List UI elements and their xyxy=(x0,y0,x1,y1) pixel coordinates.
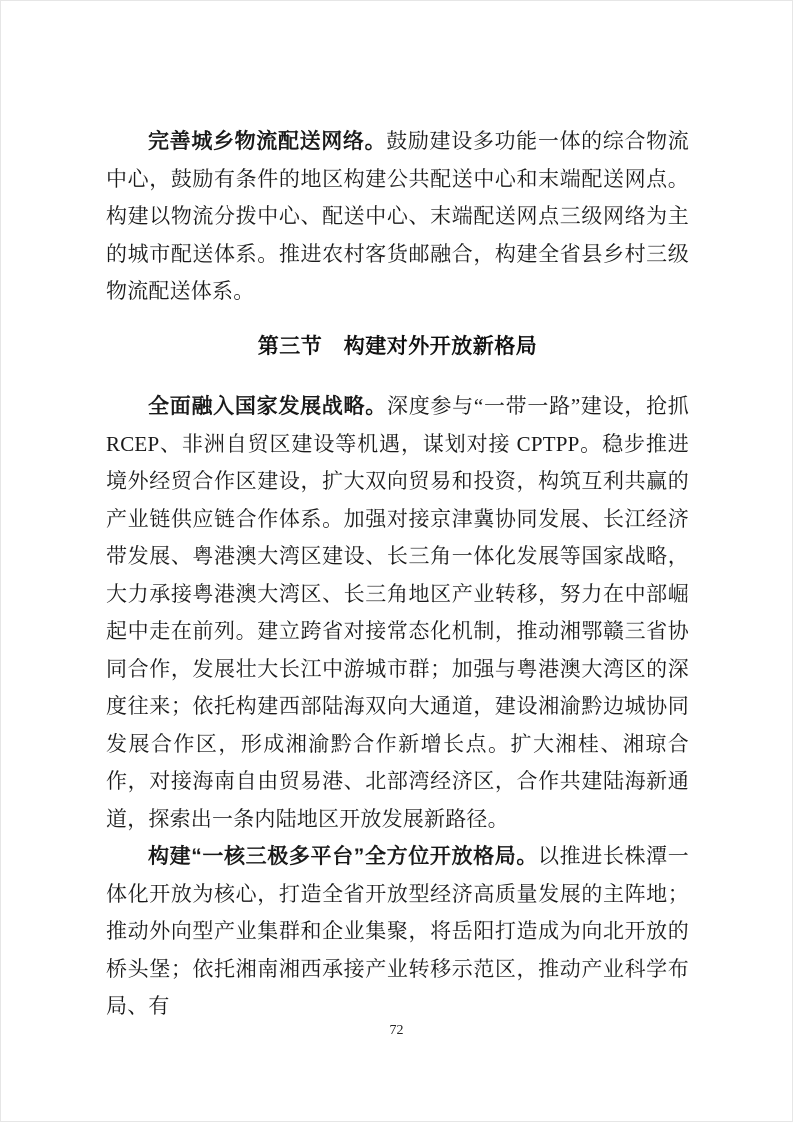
document-page: 完善城乡物流配送网络。鼓励建设多功能一体的综合物流中心，鼓励有条件的地区构建公共… xyxy=(0,0,793,1122)
page-number-footer: 72 xyxy=(1,1023,792,1039)
paragraph-lead-bold: 完善城乡物流配送网络。 xyxy=(148,130,386,153)
section-heading: 第三节 构建对外开放新格局 xyxy=(106,328,689,366)
paragraph-body-text: 以推进长株潭一体化开放为核心，打造全省开放型经济高质量发展的主阵地；推动外向型产… xyxy=(106,844,689,1018)
paragraph-body-text: 鼓励建设多功能一体的综合物流中心，鼓励有条件的地区构建公共配送中心和末端配送网点… xyxy=(106,129,689,303)
body-paragraph-2: 全面融入国家发展战略。深度参与“一带一路”建设，抢抓RCEP、非洲自贸区建设等机… xyxy=(106,388,689,838)
paragraph-body-text: 深度参与“一带一路”建设，抢抓RCEP、非洲自贸区建设等机遇，谋划对接 CPTP… xyxy=(106,394,689,831)
paragraph-lead-bold: 构建“一核三极多平台”全方位开放格局。 xyxy=(148,845,538,868)
body-paragraph-3: 构建“一核三极多平台”全方位开放格局。以推进长株潭一体化开放为核心，打造全省开放… xyxy=(106,838,689,1026)
body-paragraph-1: 完善城乡物流配送网络。鼓励建设多功能一体的综合物流中心，鼓励有条件的地区构建公共… xyxy=(106,123,689,311)
paragraph-lead-bold: 全面融入国家发展战略。 xyxy=(148,395,387,418)
